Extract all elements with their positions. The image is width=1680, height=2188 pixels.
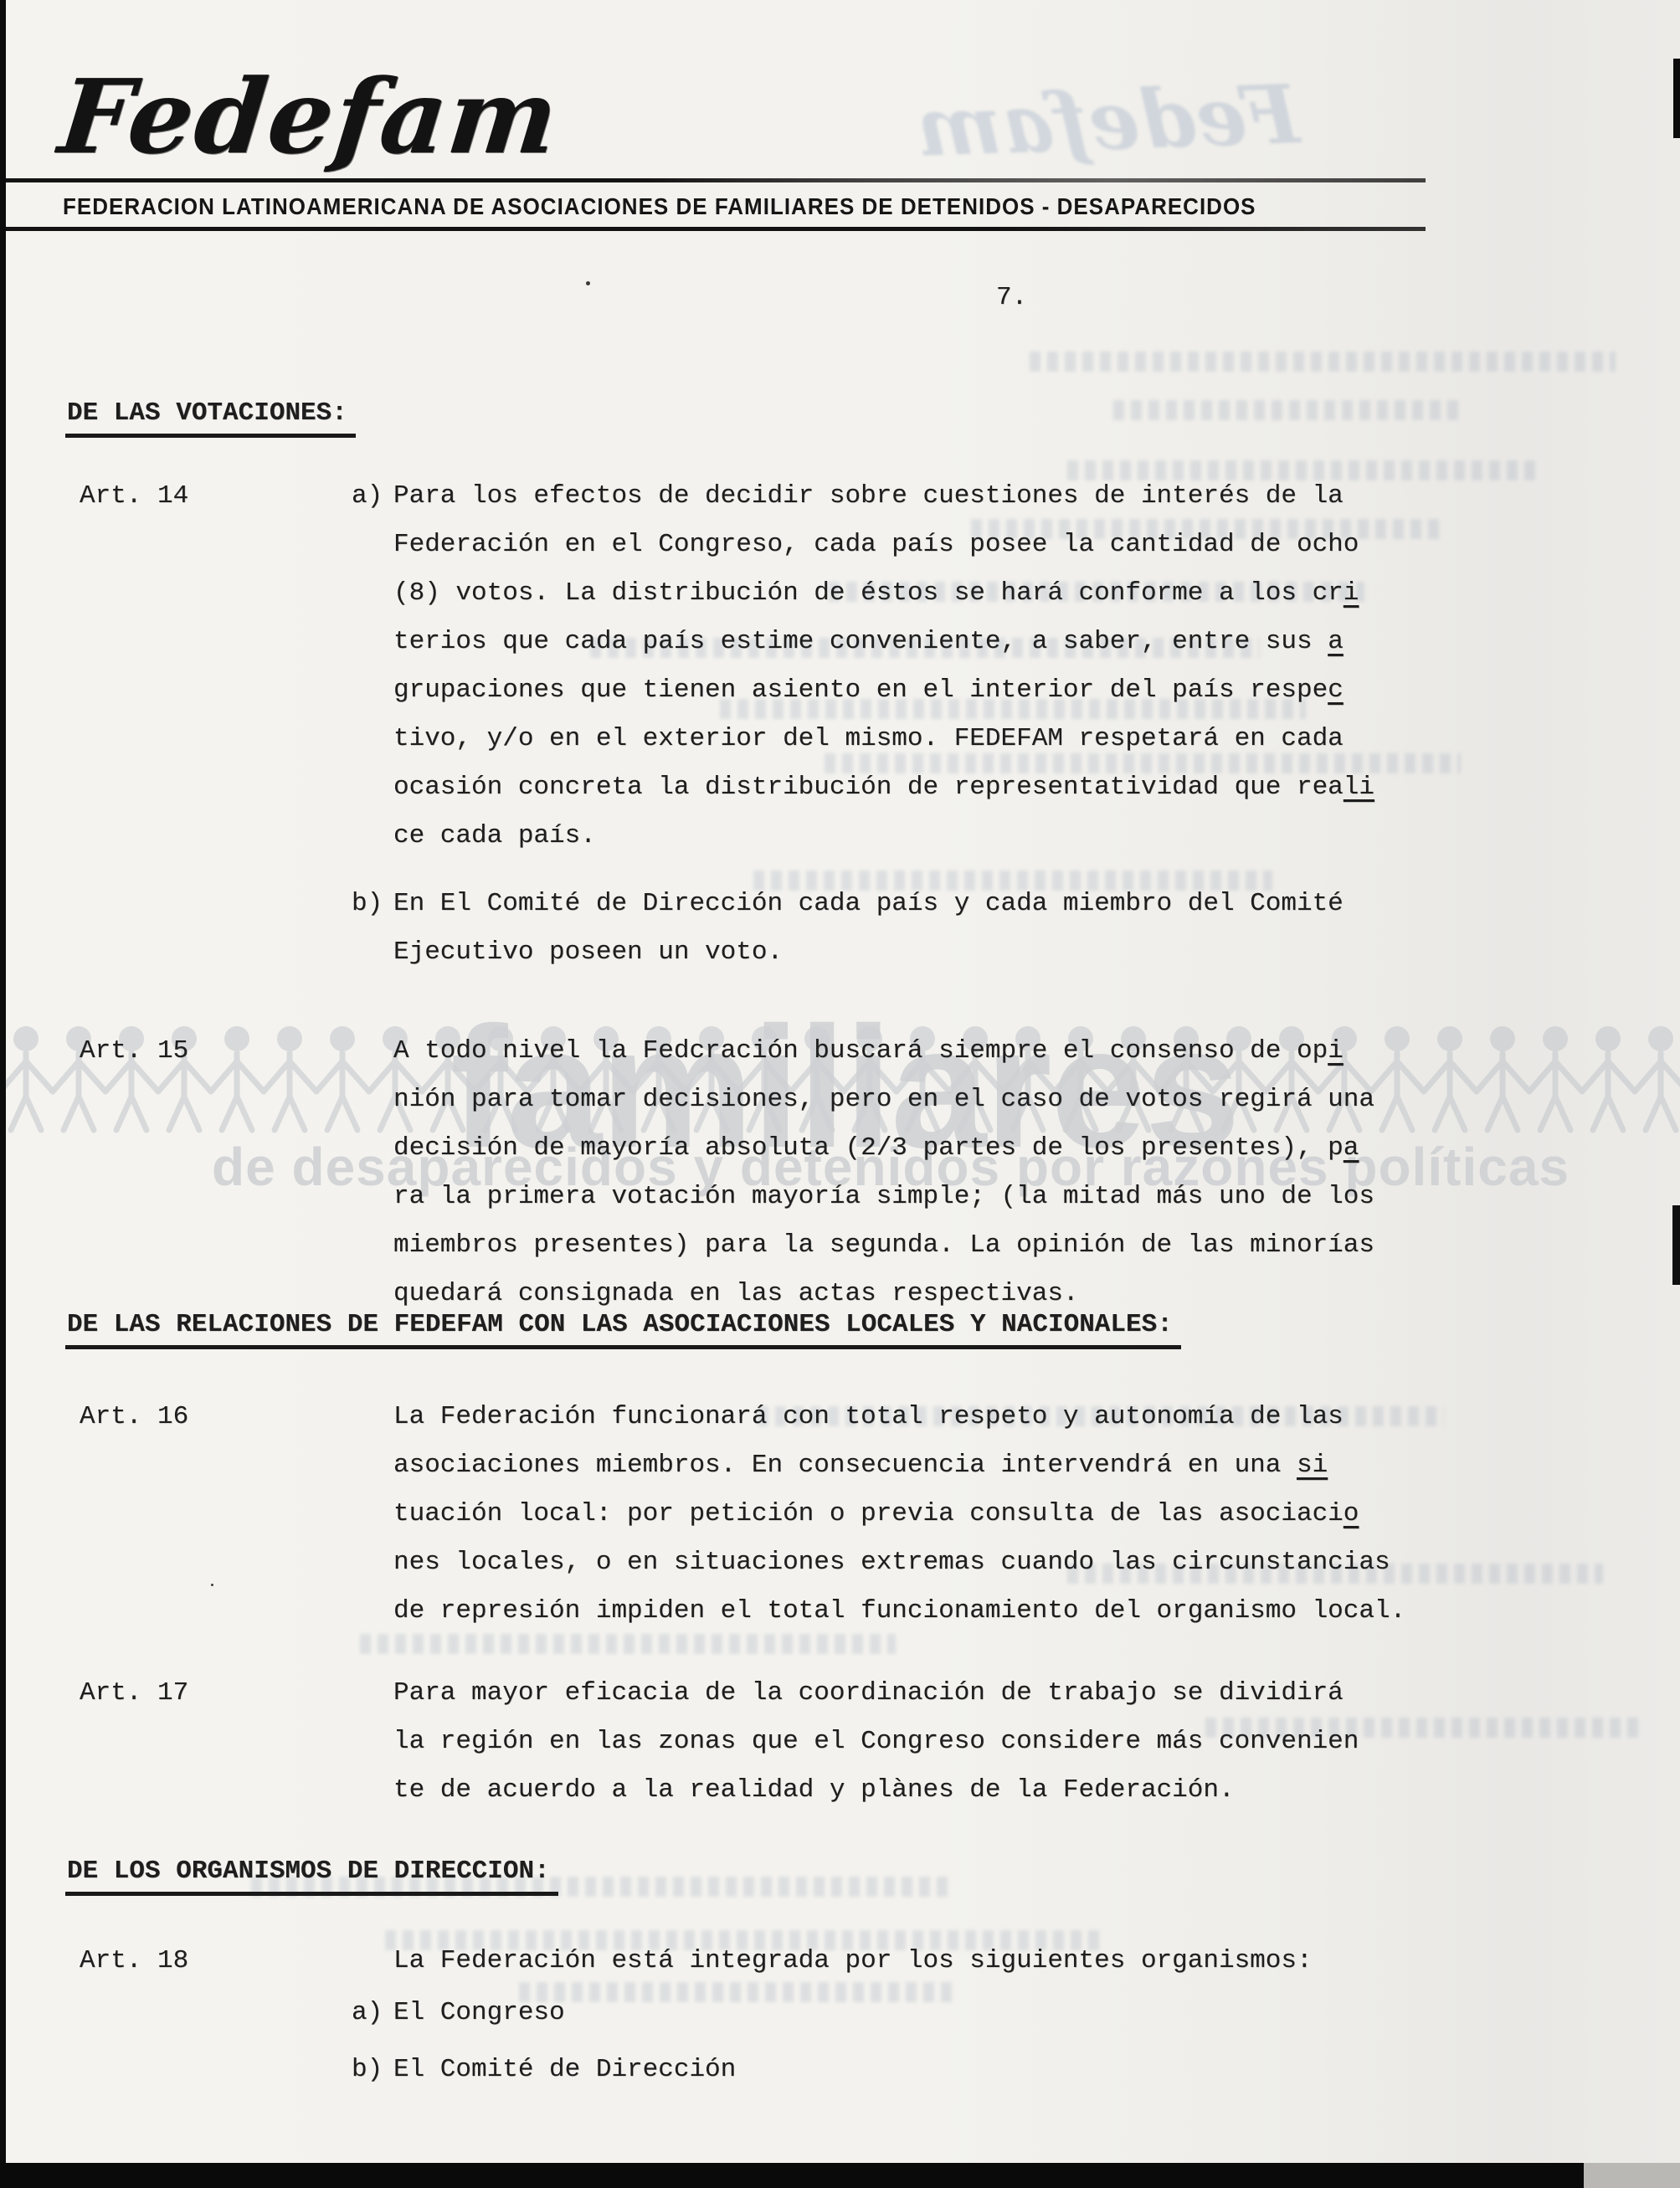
article-line: grupaciones que tienen asiento en el int… — [393, 675, 1343, 705]
article-label: Art. 15 — [80, 1036, 188, 1066]
bleed-through-logo: Fedefam — [915, 67, 1301, 175]
header-rule-top — [0, 178, 1426, 182]
article-label: Art. 14 — [80, 481, 188, 511]
list-marker: b) — [352, 2055, 383, 2084]
article-line: te de acuerdo a la realidad y plànes de … — [393, 1775, 1235, 1805]
section-heading: DE LOS ORGANISMOS DE DIRECCION: — [65, 1857, 558, 1896]
article-line: asociaciones miembros. En consecuencia i… — [393, 1451, 1328, 1480]
bleed-through-artifact — [519, 1982, 954, 2002]
article-line: de represión impiden el total funcionami… — [393, 1596, 1405, 1626]
article-line: ocasión concreta la distribución de repr… — [393, 773, 1374, 802]
page-number: 7. — [996, 283, 1027, 312]
bleed-through-artifact — [1067, 460, 1536, 480]
list-marker: a) — [352, 481, 383, 511]
section-heading: DE LAS RELACIONES DE FEDEFAM CON LAS ASO… — [65, 1310, 1181, 1349]
article-line: El Comité de Dirección — [393, 2055, 736, 2084]
article-line: nión para tomar decisiones, pero en el c… — [393, 1085, 1374, 1114]
section-heading: DE LAS VOTACIONES: — [65, 398, 356, 438]
article-line: ra la primera votación mayoría simple; (… — [393, 1182, 1374, 1211]
article-line: El Congreso — [393, 1998, 565, 2027]
article-line: quedará consignada en las actas respecti… — [393, 1279, 1079, 1308]
article-line: la región en las zonas que el Congreso c… — [393, 1727, 1359, 1756]
org-subtitle: FEDERACION LATINOAMERICANA DE ASOCIACION… — [63, 193, 1256, 221]
scanned-page: Fedefam familiares de des — [0, 0, 1680, 2188]
bleed-through-artifact — [1113, 400, 1465, 420]
bleed-through-artifact — [360, 1634, 896, 1654]
bleed-through-artifact — [825, 753, 1461, 773]
article-label: Art. 16 — [80, 1402, 188, 1431]
article-line: (8) votos. La distribución de éstos se h… — [393, 578, 1359, 608]
article-line: La Federación está integrada por los sig… — [393, 1946, 1313, 1975]
article-line: A todo nivel la Fedcración buscará siemp… — [393, 1036, 1343, 1066]
scan-edge-bottom — [0, 2163, 1680, 2188]
article-line: Para mayor eficacia de la coordinación d… — [393, 1678, 1343, 1708]
ink-speck — [586, 281, 590, 285]
article-line: Para los efectos de decidir sobre cuesti… — [393, 481, 1343, 511]
article-line: tivo, y/o en el exterior del mismo. FEDE… — [393, 724, 1343, 753]
article-line: En El Comité de Dirección cada país y ca… — [393, 889, 1343, 918]
article-line: ce cada país. — [393, 821, 596, 850]
scan-edge-left — [0, 0, 6, 2188]
bleed-through-artifact — [1030, 352, 1616, 372]
article-label: Art. 17 — [80, 1678, 188, 1708]
article-line: terios que cada país estime conveniente,… — [393, 627, 1343, 656]
article-line: nes locales, o en situaciones extremas c… — [393, 1548, 1390, 1577]
fedefam-logo: Fedefam — [55, 65, 564, 167]
article-line: Ejecutivo poseen un voto. — [393, 937, 783, 967]
scan-edge-right — [1672, 1205, 1680, 1285]
article-line: miembros presentes) para la segunda. La … — [393, 1230, 1374, 1260]
header-rule-bottom — [0, 227, 1426, 231]
article-label: Art. 18 — [80, 1946, 188, 1975]
article-line: La Federación funcionará con total respe… — [393, 1402, 1343, 1431]
article-line: tuación local: por petición o previa con… — [393, 1499, 1359, 1528]
list-marker: a) — [352, 1998, 383, 2027]
scan-edge-top-right — [1673, 59, 1680, 138]
article-line: Federación en el Congreso, cada país pos… — [393, 530, 1359, 559]
scan-edge-bottom-light — [1584, 2163, 1680, 2188]
ink-speck — [211, 1584, 213, 1586]
list-marker: b) — [352, 889, 383, 918]
bleed-through-artifact — [753, 871, 1272, 891]
article-line: decisión de mayoría absoluta (2/3 partes… — [393, 1133, 1359, 1163]
